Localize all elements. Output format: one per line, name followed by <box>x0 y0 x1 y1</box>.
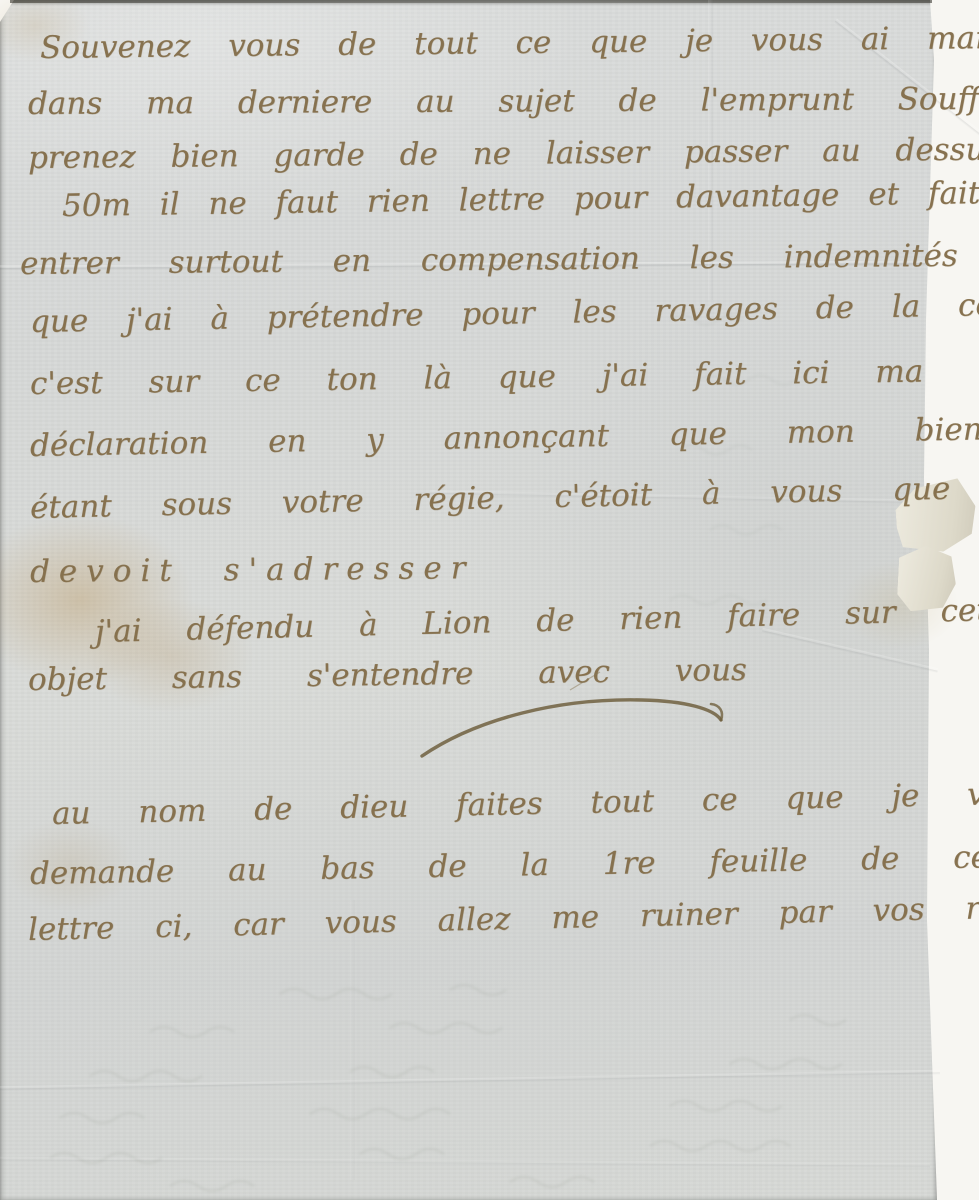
scan-area: Souvenez vous de tout ce que je vous ai … <box>0 0 979 1200</box>
scanned-letter: { "document": { "kind": "handwritten-let… <box>0 0 979 1200</box>
handwritten-line: devoit s'adresser <box>30 550 475 590</box>
handwritten-line: dans ma derniere au sujet de l'emprunt S… <box>28 81 979 122</box>
paper-top-edge <box>10 0 932 3</box>
